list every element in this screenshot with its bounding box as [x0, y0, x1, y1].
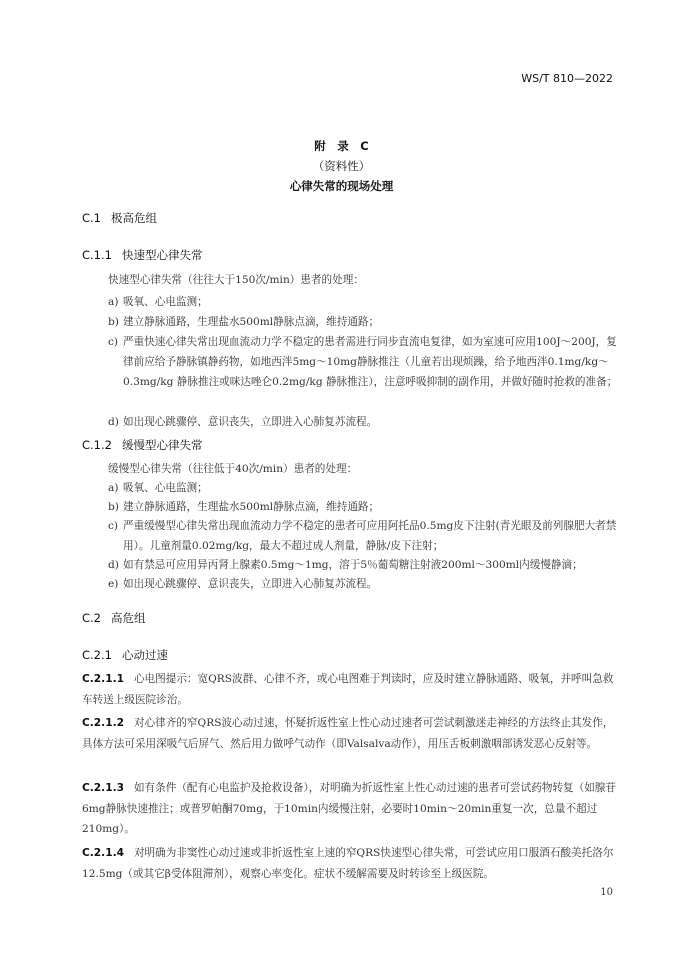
- clause-text: 如有条件（配有心电监护及抢救设备），对明确为折返性室上性心动过速的患者可尝试药物…: [82, 782, 616, 835]
- list-label: a): [108, 292, 118, 312]
- section-number: C.1.2: [82, 438, 112, 452]
- list-label: e): [108, 574, 118, 594]
- list-text: 如出现心跳骤停、意识丧失，立即进入心肺复苏流程。: [108, 574, 623, 594]
- clause-number: C.2.1.3: [82, 782, 124, 794]
- list-item: a)吸氧、心电监测；: [108, 292, 623, 312]
- list-text: 吸氧、心电监测；: [108, 478, 623, 498]
- section-number: C.1.1: [82, 248, 112, 262]
- list-text: 如有禁忌可应用异丙肾上腺素0.5mg～1mg，溶于5％葡萄糖注射液200ml～3…: [108, 555, 623, 575]
- section-heading-c21: C.2.1心动过速: [82, 647, 168, 663]
- section-title: 心动过速: [122, 648, 168, 662]
- clause-text: 对心律齐的窄QRS波心动过速，怀疑折返性室上性心动过速者可尝试刺激迷走神经的方法…: [82, 717, 613, 750]
- list-text: 吸氧、心电监测；: [108, 292, 623, 312]
- list-text: 如出现心跳骤停、意识丧失，立即进入心肺复苏流程。: [108, 412, 623, 432]
- list-label: b): [108, 312, 119, 332]
- section-number: C.1: [82, 211, 101, 225]
- list-label: c): [108, 516, 118, 536]
- section-number: C.2: [82, 611, 101, 625]
- list-label: b): [108, 497, 119, 517]
- list-item: c)严重快速心律失常出现血流动力学不稳定的患者需进行同步直流电复律，如为室速可应…: [108, 332, 623, 392]
- section-number: C.2.1: [82, 648, 112, 662]
- list-label: c): [108, 332, 118, 352]
- list-item: b)建立静脉通路，生理盐水500ml静脉点滴，维持通路；: [108, 312, 623, 332]
- section-intro: 快速型心律失常（往往大于150次/min）患者的处理：: [108, 270, 364, 290]
- appendix-title: 心律失常的现场处理: [0, 178, 683, 194]
- section-heading-c2: C.2高危组: [82, 610, 146, 626]
- clause-number: C.2.1.4: [82, 847, 124, 859]
- appendix-nature: （资料性）: [0, 158, 683, 174]
- clause-number: C.2.1.2: [82, 717, 124, 729]
- list-label: d): [108, 412, 119, 432]
- document-code: WS/T 810—2022: [521, 72, 613, 85]
- list-item: d)如有禁忌可应用异丙肾上腺素0.5mg～1mg，溶于5％葡萄糖注射液200ml…: [108, 555, 623, 575]
- list-text: 严重缓慢型心律失常出现血流动力学不稳定的患者可应用阿托品0.5mg皮下注射(青光…: [108, 516, 623, 556]
- clause-paragraph: C.2.1.3如有条件（配有心电监护及抢救设备），对明确为折返性室上性心动过速的…: [82, 778, 622, 840]
- clause-text: 对明确为非窦性心动过速或非折返性室上速的窄QRS快速型心律失常，可尝试应用口服酒…: [82, 847, 613, 880]
- section-heading-c12: C.1.2缓慢型心律失常: [82, 437, 202, 453]
- clause-text: 心电图提示：宽QRS波群、心律不齐，或心电图难于判读时，应及时建立静脉通路、吸氧…: [82, 673, 613, 706]
- list-item: d)如出现心跳骤停、意识丧失，立即进入心肺复苏流程。: [108, 412, 623, 432]
- list-item: a)吸氧、心电监测；: [108, 478, 623, 498]
- section-title: 高危组: [111, 611, 146, 625]
- section-intro: 缓慢型心律失常（往往低于40次/min）患者的处理：: [108, 459, 357, 479]
- section-title: 快速型心律失常: [122, 248, 203, 262]
- section-heading-c1: C.1极高危组: [82, 210, 157, 226]
- clause-paragraph: C.2.1.2对心律齐的窄QRS波心动过速，怀疑折返性室上性心动过速者可尝试刺激…: [82, 713, 622, 754]
- section-title: 缓慢型心律失常: [122, 438, 203, 452]
- list-item: c)严重缓慢型心律失常出现血流动力学不稳定的患者可应用阿托品0.5mg皮下注射(…: [108, 516, 623, 556]
- list-text: 建立静脉通路，生理盐水500ml静脉点滴，维持通路；: [108, 497, 623, 517]
- list-item: e)如出现心跳骤停、意识丧失，立即进入心肺复苏流程。: [108, 574, 623, 594]
- section-heading-c11: C.1.1快速型心律失常: [82, 247, 202, 263]
- clause-number: C.2.1.1: [82, 673, 124, 685]
- list-label: a): [108, 478, 118, 498]
- list-item: b)建立静脉通路，生理盐水500ml静脉点滴，维持通路；: [108, 497, 623, 517]
- appendix-label: 附 录 C: [0, 138, 683, 154]
- section-title: 极高危组: [111, 211, 157, 225]
- list-text: 严重快速心律失常出现血流动力学不稳定的患者需进行同步直流电复律，如为室速可应用1…: [108, 332, 623, 392]
- list-label: d): [108, 555, 119, 575]
- page-number: 10: [600, 883, 613, 903]
- list-text: 建立静脉通路，生理盐水500ml静脉点滴，维持通路；: [108, 312, 623, 332]
- clause-paragraph: C.2.1.1心电图提示：宽QRS波群、心律不齐，或心电图难于判读时，应及时建立…: [82, 669, 622, 710]
- clause-paragraph: C.2.1.4对明确为非窦性心动过速或非折返性室上速的窄QRS快速型心律失常，可…: [82, 843, 622, 884]
